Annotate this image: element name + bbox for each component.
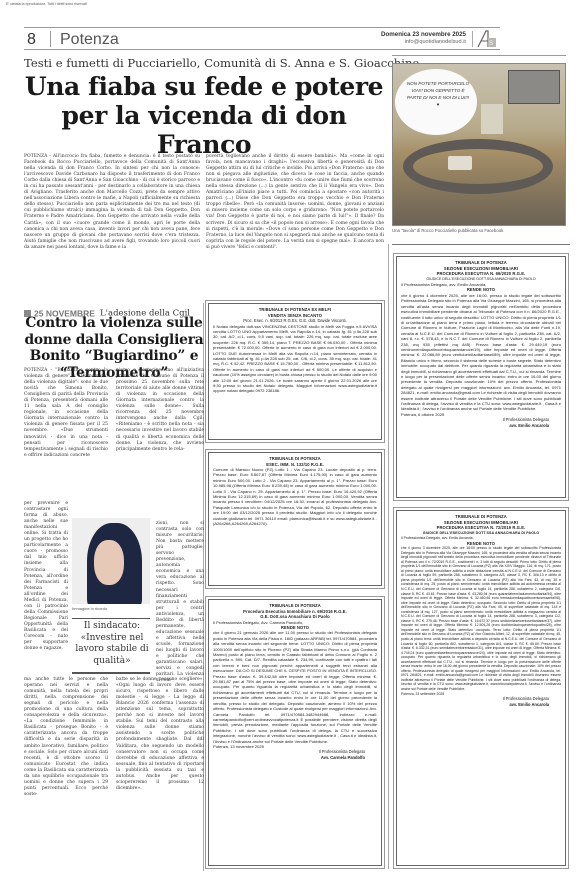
legal-notice-132-10: TRIBUNALE DI POTENZA ESEC. IMM. N. 132/1… (208, 452, 382, 586)
inset-panel-binoculars (508, 70, 560, 104)
copyright-notice: E' vietata la riproduzione. Tutti i diri… (6, 2, 87, 6)
second-article-col-1: POTENZA - "Bugiardino contro la violenza… (24, 368, 108, 459)
second-article-col-3: zioni, non si contrasta solo con misure … (156, 521, 204, 684)
crowd-circle-drawing (403, 139, 553, 194)
article-kicker: Testi e fumetti di Pucciariello, Comunit… (24, 56, 384, 70)
article-body-col-1: POTENZA - All'incrocio fra fiaba, fumett… (24, 154, 200, 251)
notice-body: che il giorno 3 dicembre 2025, alle ore … (401, 546, 561, 692)
notice-signature-name: avv. Emilio Ancarola (401, 702, 561, 708)
photo-face (94, 540, 124, 585)
second-article-col-2-bottom: batte se le donne possono scegliere». «O… (116, 677, 204, 792)
legal-notice-72-2019: TRIBUNALE DI POTENZA SEZIONE ESECUZIONI … (396, 510, 566, 866)
right-column-rule (392, 244, 570, 245)
notice-body: Comune di Marsico Nuovo (PZ) Lotto 1 - V… (213, 467, 377, 526)
church-drawing (481, 104, 503, 134)
header-bottom-rule (24, 49, 500, 50)
issue-date: Domenica 23 novembre 2025 (381, 31, 466, 38)
second-article-col-2: niamo e parteciperemo all'iniziativa pro… (116, 368, 204, 453)
page-number: 8 (27, 31, 36, 49)
contact-email: info@quotidianodelsud.it (405, 39, 466, 45)
pull-quote-rule-bottom (72, 672, 150, 674)
woman-photo (72, 518, 150, 604)
legal-notice-66-2020: TRIBUNALE DI POTENZA SEZIONE ESECUZIONI … (396, 256, 566, 498)
image-caption: Una "tavola" di Rocco Pucciariello pubbl… (392, 228, 503, 233)
header-divider (50, 31, 51, 47)
notice-signature-name: avv. Emilio Ancarola (401, 423, 561, 429)
legal-notice-69-2016: TRIBUNALE DI POTENZA Procedura Esecutiva… (208, 599, 382, 866)
article-body-col-2: povertà toglievano anche il diritto di e… (206, 154, 384, 251)
van-drawing (448, 156, 472, 170)
speech-bubble-text: NON POTETE PORTARCELO VIA!!! DON GEPPETT… (405, 80, 471, 108)
second-article-col-1-bottom: ma anche tutte le persone che operano ne… (24, 677, 108, 798)
notice-body: che il giorno 4 dicembre 2025, alle ore … (401, 293, 561, 412)
comic-illustration: NON POTETE PORTARCELO VIA!!! DON GEPPETT… (392, 63, 566, 226)
photo-caption: Immagine in ricordo (72, 606, 107, 611)
notice-body: Il Notaio delegato dott.ssa VINCENZINA C… (213, 324, 377, 394)
image-top-rule (392, 55, 566, 56)
logo-divider (472, 31, 473, 47)
pull-quote-rule-top (72, 618, 150, 619)
svg-text:S: S (489, 41, 493, 47)
legal-notice-melfi: TRIBUNALE DI POTENZA EX MELFI VENDITA SE… (208, 303, 382, 440)
header-top-rule (24, 27, 500, 28)
section-title: Potenza (60, 31, 119, 49)
second-article-col-1-wrap: per prevenire e contrastare ogni forma d… (24, 501, 68, 652)
article-headline: Una fiaba su fede e potere per la vicend… (24, 72, 384, 159)
notice-body: che il giorno 21 gennaio 2026 alle ore 1… (213, 630, 377, 744)
notice-signature-name: Avv. Carmela Pandolfo (213, 755, 377, 761)
newspaper-logo-icon: S (476, 30, 498, 48)
column-divider-right (388, 244, 389, 869)
pull-quote: Il sindacato: «Investire nel lavoro stab… (72, 621, 152, 667)
